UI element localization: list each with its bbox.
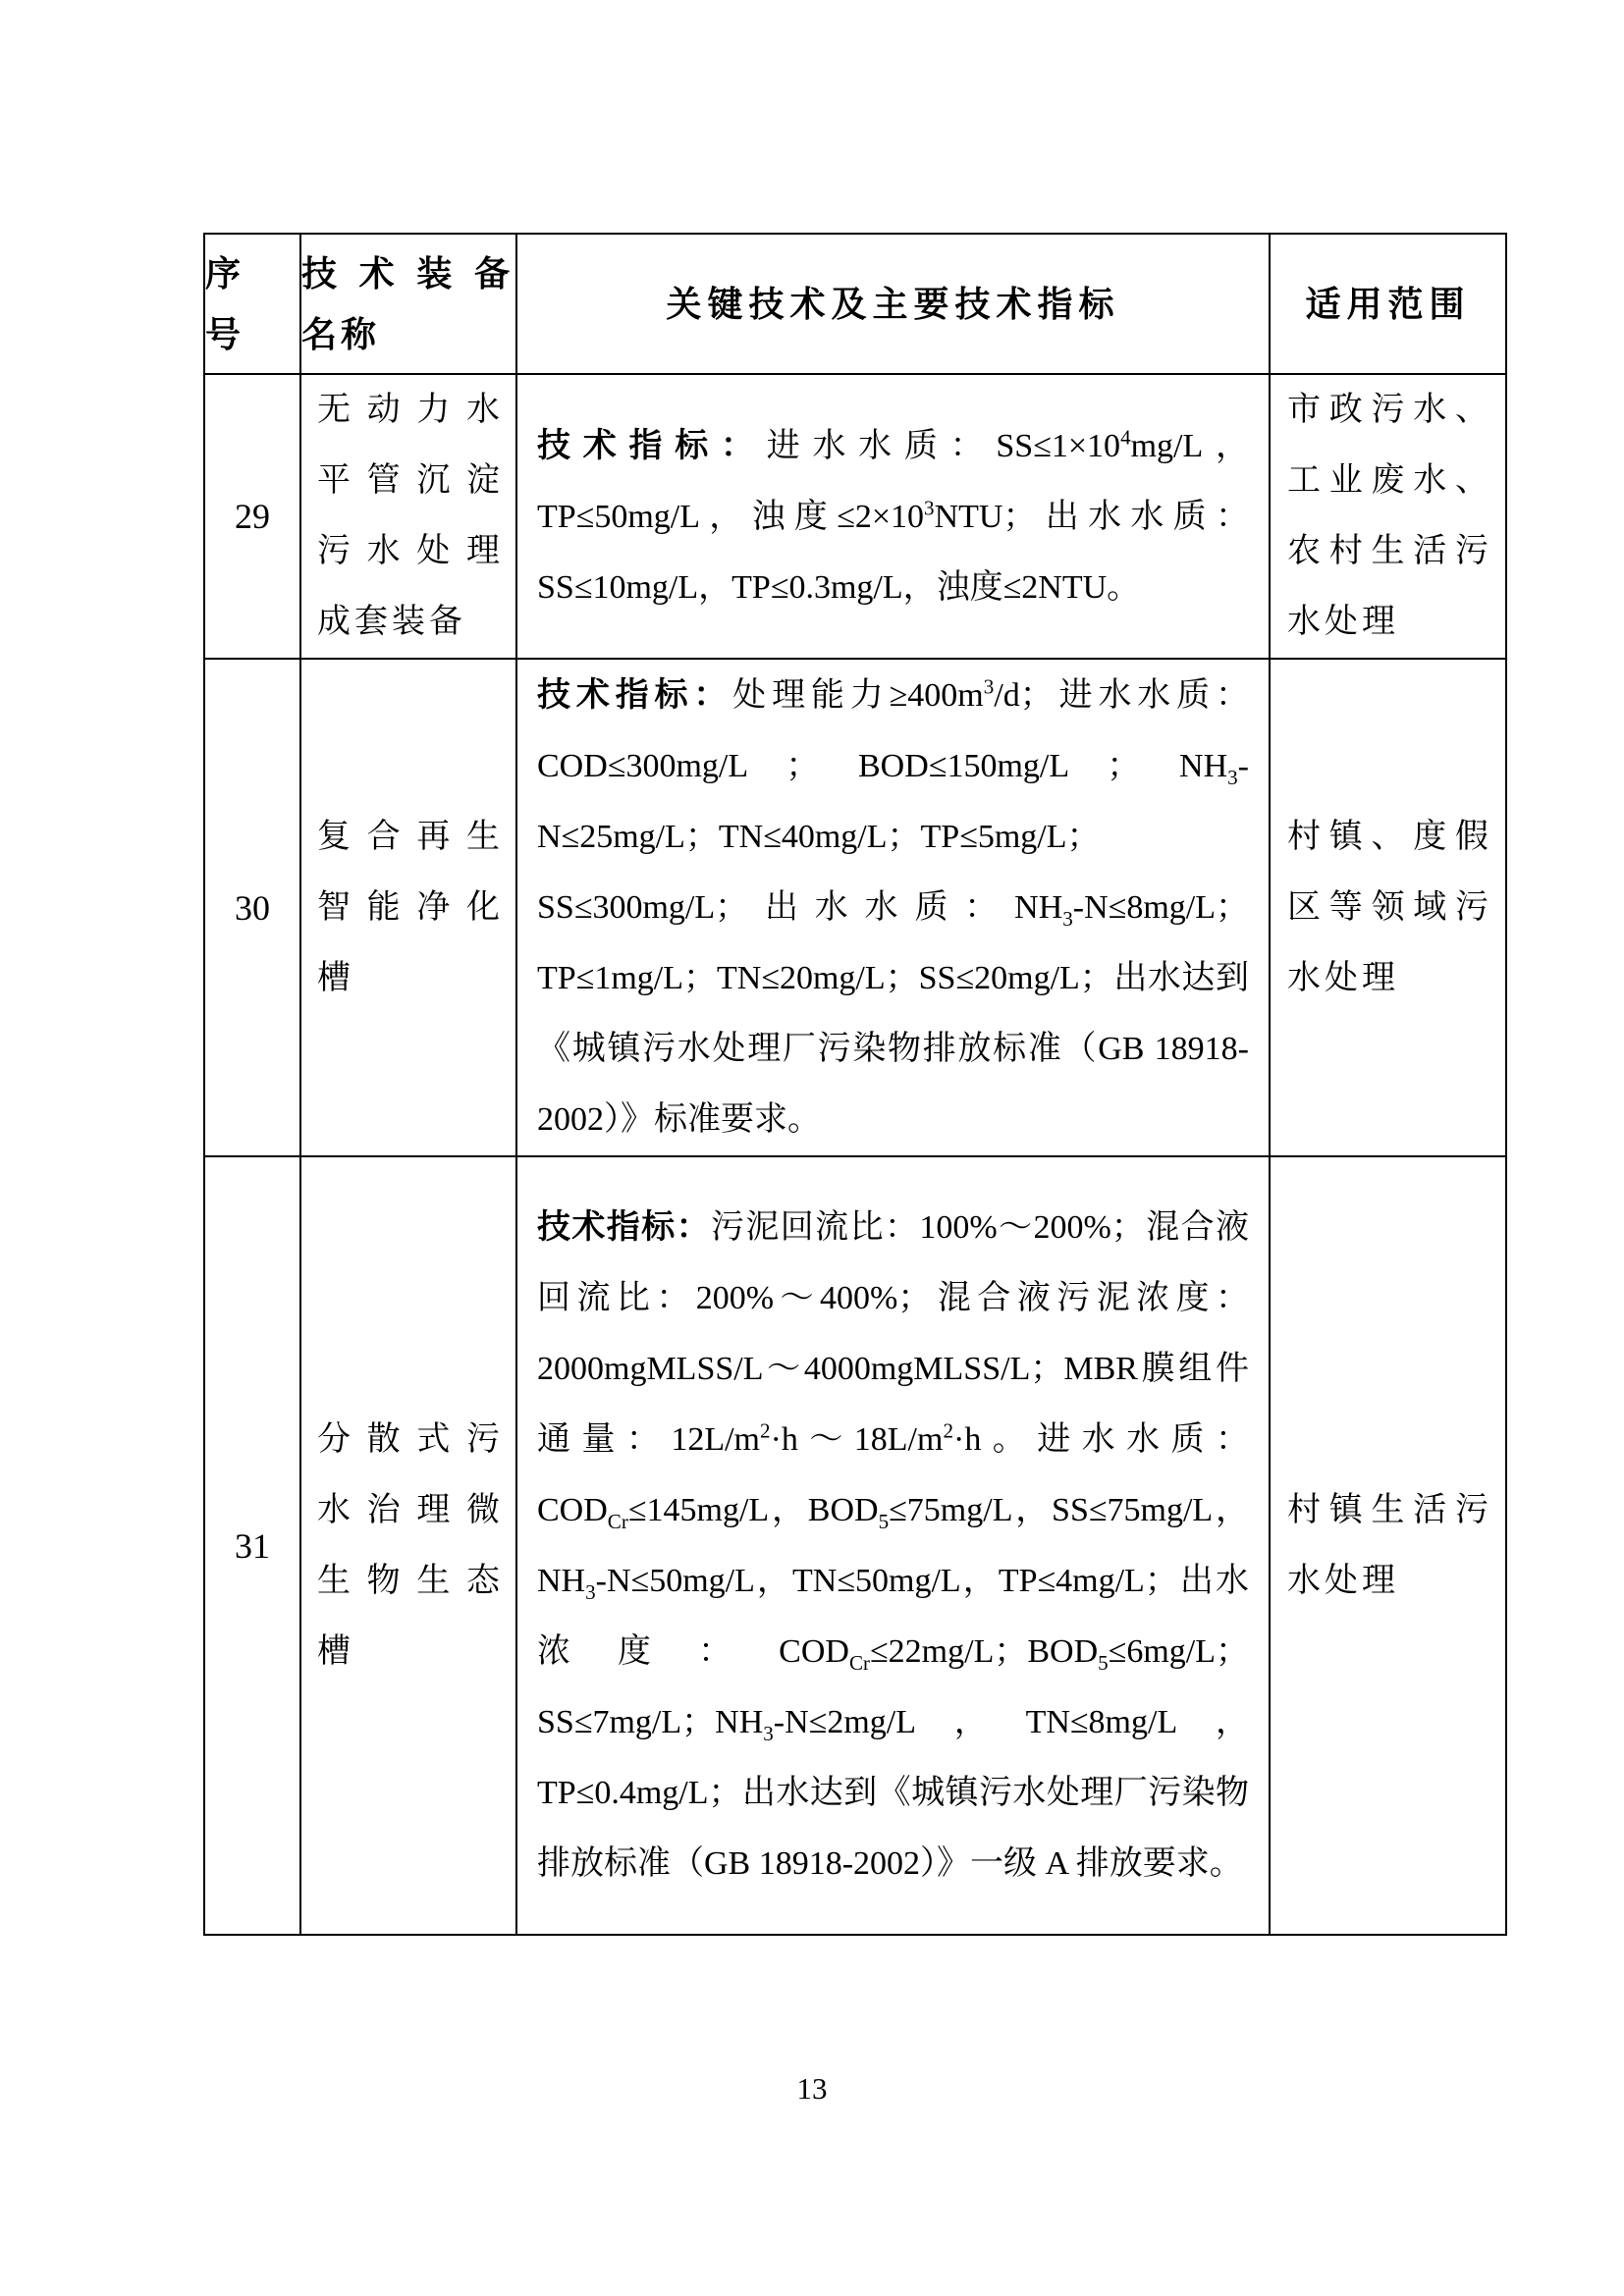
indicators-cell: 技术指标：进水水质：SS≤1×104mg/L，TP≤50mg/L，浊度≤2×10… (516, 374, 1270, 659)
text-line: 村镇生活污 (1287, 1475, 1489, 1546)
scope-text: 村镇生活污水处理 (1271, 1475, 1505, 1617)
text-line: 生物生态 (317, 1546, 500, 1617)
equipment-name-text: 无动力水平管沉淀污水处理成套装备 (301, 375, 515, 658)
header-col-equipment-name: 技术装备名称 (300, 234, 516, 374)
equipment-name-text: 复合再生智能净化槽 (301, 802, 515, 1014)
indicators-text: 技术指标：进水水质：SS≤1×104mg/L，TP≤50mg/L，浊度≤2×10… (517, 410, 1269, 623)
header-scope-label: 适用范围 (1271, 274, 1505, 335)
subscript: 5 (1098, 1651, 1109, 1675)
row-number: 29 (204, 374, 300, 659)
superscript: 3 (924, 496, 935, 519)
superscript: 3 (984, 675, 995, 699)
text-line: 区等领域污 (1287, 873, 1489, 943)
subscript: 3 (763, 1722, 774, 1745)
scope-text: 村镇、度假区等领域污水处理 (1271, 802, 1505, 1014)
equipment-name-cell: 分散式污水治理微生物生态槽 (300, 1156, 516, 1935)
equipment-name-cell: 无动力水平管沉淀污水处理成套装备 (300, 374, 516, 659)
superscript: 2 (943, 1419, 953, 1443)
text-line: 水治理微 (317, 1475, 500, 1546)
indicators-cell: 技术指标：污泥回流比：100%～200%；混合液回流比：200%～400%；混合… (516, 1156, 1270, 1935)
text-line: 市政污水、 (1287, 375, 1489, 446)
equipment-name-cell: 复合再生智能净化槽 (300, 659, 516, 1156)
indicators-text: 技术指标：污泥回流比：100%～200%；混合液回流比：200%～400%；混合… (517, 1192, 1269, 1899)
header-col-indicators: 关键技术及主要技术指标 (516, 234, 1270, 374)
row-number: 31 (204, 1156, 300, 1935)
text-line: 序 (205, 243, 299, 304)
indicators-cell: 技术指标：处理能力≥400m3/d；进水水质：COD≤300mg/L ； BOD… (516, 659, 1270, 1156)
superscript: 2 (760, 1419, 771, 1443)
header-indicators-label: 关键技术及主要技术指标 (517, 274, 1269, 335)
text-line: 智能净化 (317, 873, 500, 943)
text-line: 号 (205, 304, 299, 365)
subscript: Cr (849, 1651, 870, 1675)
equipment-name-text: 分散式污水治理微生物生态槽 (301, 1405, 515, 1687)
scope-text: 市政污水、工业废水、农村生活污水处理 (1271, 375, 1505, 658)
subscript: 3 (585, 1580, 596, 1604)
text-line: 水处理 (1287, 943, 1489, 1014)
equipment-table: 序号 技术装备名称 关键技术及主要技术指标 适用范围 29 无动力水平管沉淀污水… (203, 233, 1507, 1936)
row-number: 30 (204, 659, 300, 1156)
text-line: 槽 (317, 1617, 500, 1687)
text-line: 分散式污 (317, 1405, 500, 1475)
text-line: 名称 (301, 304, 515, 365)
table-row: 30 复合再生智能净化槽 技术指标：处理能力≥400m3/d；进水水质：COD≤… (204, 659, 1506, 1156)
text-line: 村镇、度假 (1287, 802, 1489, 873)
page-number: 13 (0, 2069, 1624, 2109)
text-line: 无动力水 (317, 375, 500, 446)
subscript: 3 (1227, 766, 1238, 789)
subscript: 3 (1062, 907, 1073, 931)
scope-cell: 村镇生活污水处理 (1270, 1156, 1506, 1935)
subscript: 5 (879, 1510, 890, 1533)
text-line: 水处理 (1287, 587, 1489, 658)
text-line: 水处理 (1287, 1546, 1489, 1617)
table-row: 29 无动力水平管沉淀污水处理成套装备 技术指标：进水水质：SS≤1×104mg… (204, 374, 1506, 659)
bold-label: 技术指标： (537, 1208, 711, 1246)
indicators-text: 技术指标：处理能力≥400m3/d；进水水质：COD≤300mg/L ； BOD… (517, 660, 1269, 1155)
header-index-label: 序号 (205, 243, 299, 365)
text-line: 成套装备 (317, 587, 500, 658)
text-line: 技术装备 (301, 243, 515, 304)
text-line: 复合再生 (317, 802, 500, 873)
header-equipment-name-label: 技术装备名称 (301, 243, 515, 365)
text-line: 污水处理 (317, 516, 500, 587)
header-col-scope: 适用范围 (1270, 234, 1506, 374)
superscript: 4 (1120, 425, 1131, 449)
table-row: 31 分散式污水治理微生物生态槽 技术指标：污泥回流比：100%～200%；混合… (204, 1156, 1506, 1935)
header-col-index: 序号 (204, 234, 300, 374)
scope-cell: 市政污水、工业废水、农村生活污水处理 (1270, 374, 1506, 659)
bold-label: 技术指标： (537, 676, 732, 714)
table-header-row: 序号 技术装备名称 关键技术及主要技术指标 适用范围 (204, 234, 1506, 374)
subscript: Cr (608, 1510, 628, 1533)
text-line: 槽 (317, 943, 500, 1014)
text-line: 农村生活污 (1287, 516, 1489, 587)
text-line: 平管沉淀 (317, 446, 500, 516)
bold-label: 技术指标： (537, 427, 767, 464)
scope-cell: 村镇、度假区等领域污水处理 (1270, 659, 1506, 1156)
text-line: 工业废水、 (1287, 446, 1489, 516)
